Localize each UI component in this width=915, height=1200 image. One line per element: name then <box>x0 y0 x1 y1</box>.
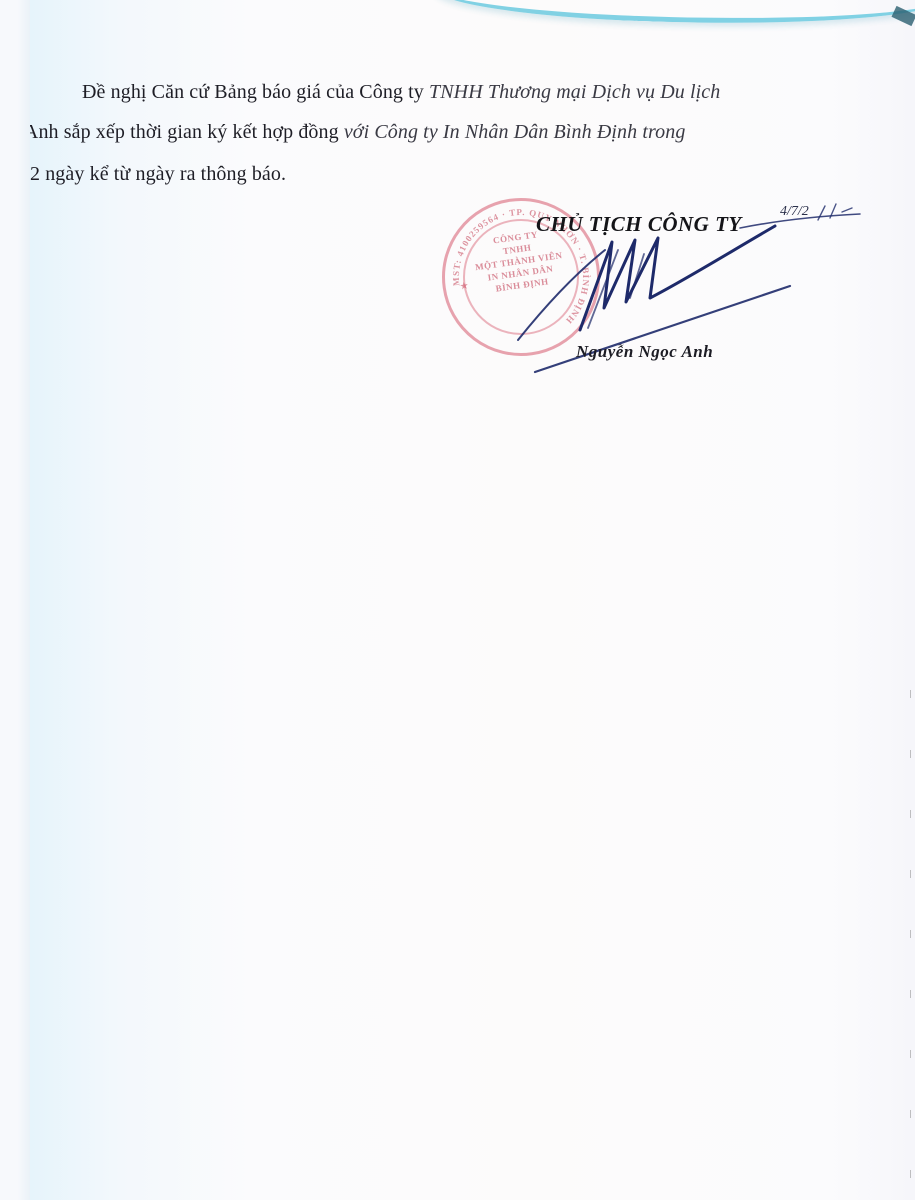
page-fold-shadow <box>434 0 915 32</box>
line-1-italic-text: TNHH Thương mại Dịch vụ Du lịch <box>429 81 720 103</box>
line-2-text: Anh sắp xếp thời gian ký kết hợp đồng <box>30 121 344 143</box>
line-1-text: Đề nghị Căn cứ Bảng báo giá của Công ty <box>82 81 429 103</box>
scan-left-gutter <box>0 0 32 1200</box>
document-page: Đề nghị Căn cứ Bảng báo giá của Công ty … <box>30 0 915 1200</box>
paragraph-line-1: Đề nghị Căn cứ Bảng báo giá của Công ty … <box>30 72 902 112</box>
paragraph-line-2: rung Anh sắp xếp thời gian ký kết hợp đồ… <box>30 112 902 154</box>
line-2-italic-text: với Công ty In Nhân Dân Bình Định trong <box>344 121 686 143</box>
signature-block: MST: 4100259564 · TP. QUY NHƠN · T. BÌNH… <box>430 190 870 390</box>
margin-rule <box>910 690 911 1200</box>
body-paragraph: Đề nghị Căn cứ Bảng báo giá của Công ty … <box>30 72 902 196</box>
signer-name: Nguyễn Ngọc Anh <box>576 342 713 362</box>
line-3-text: 02 ngày kể từ ngày ra thông báo. <box>30 163 286 185</box>
